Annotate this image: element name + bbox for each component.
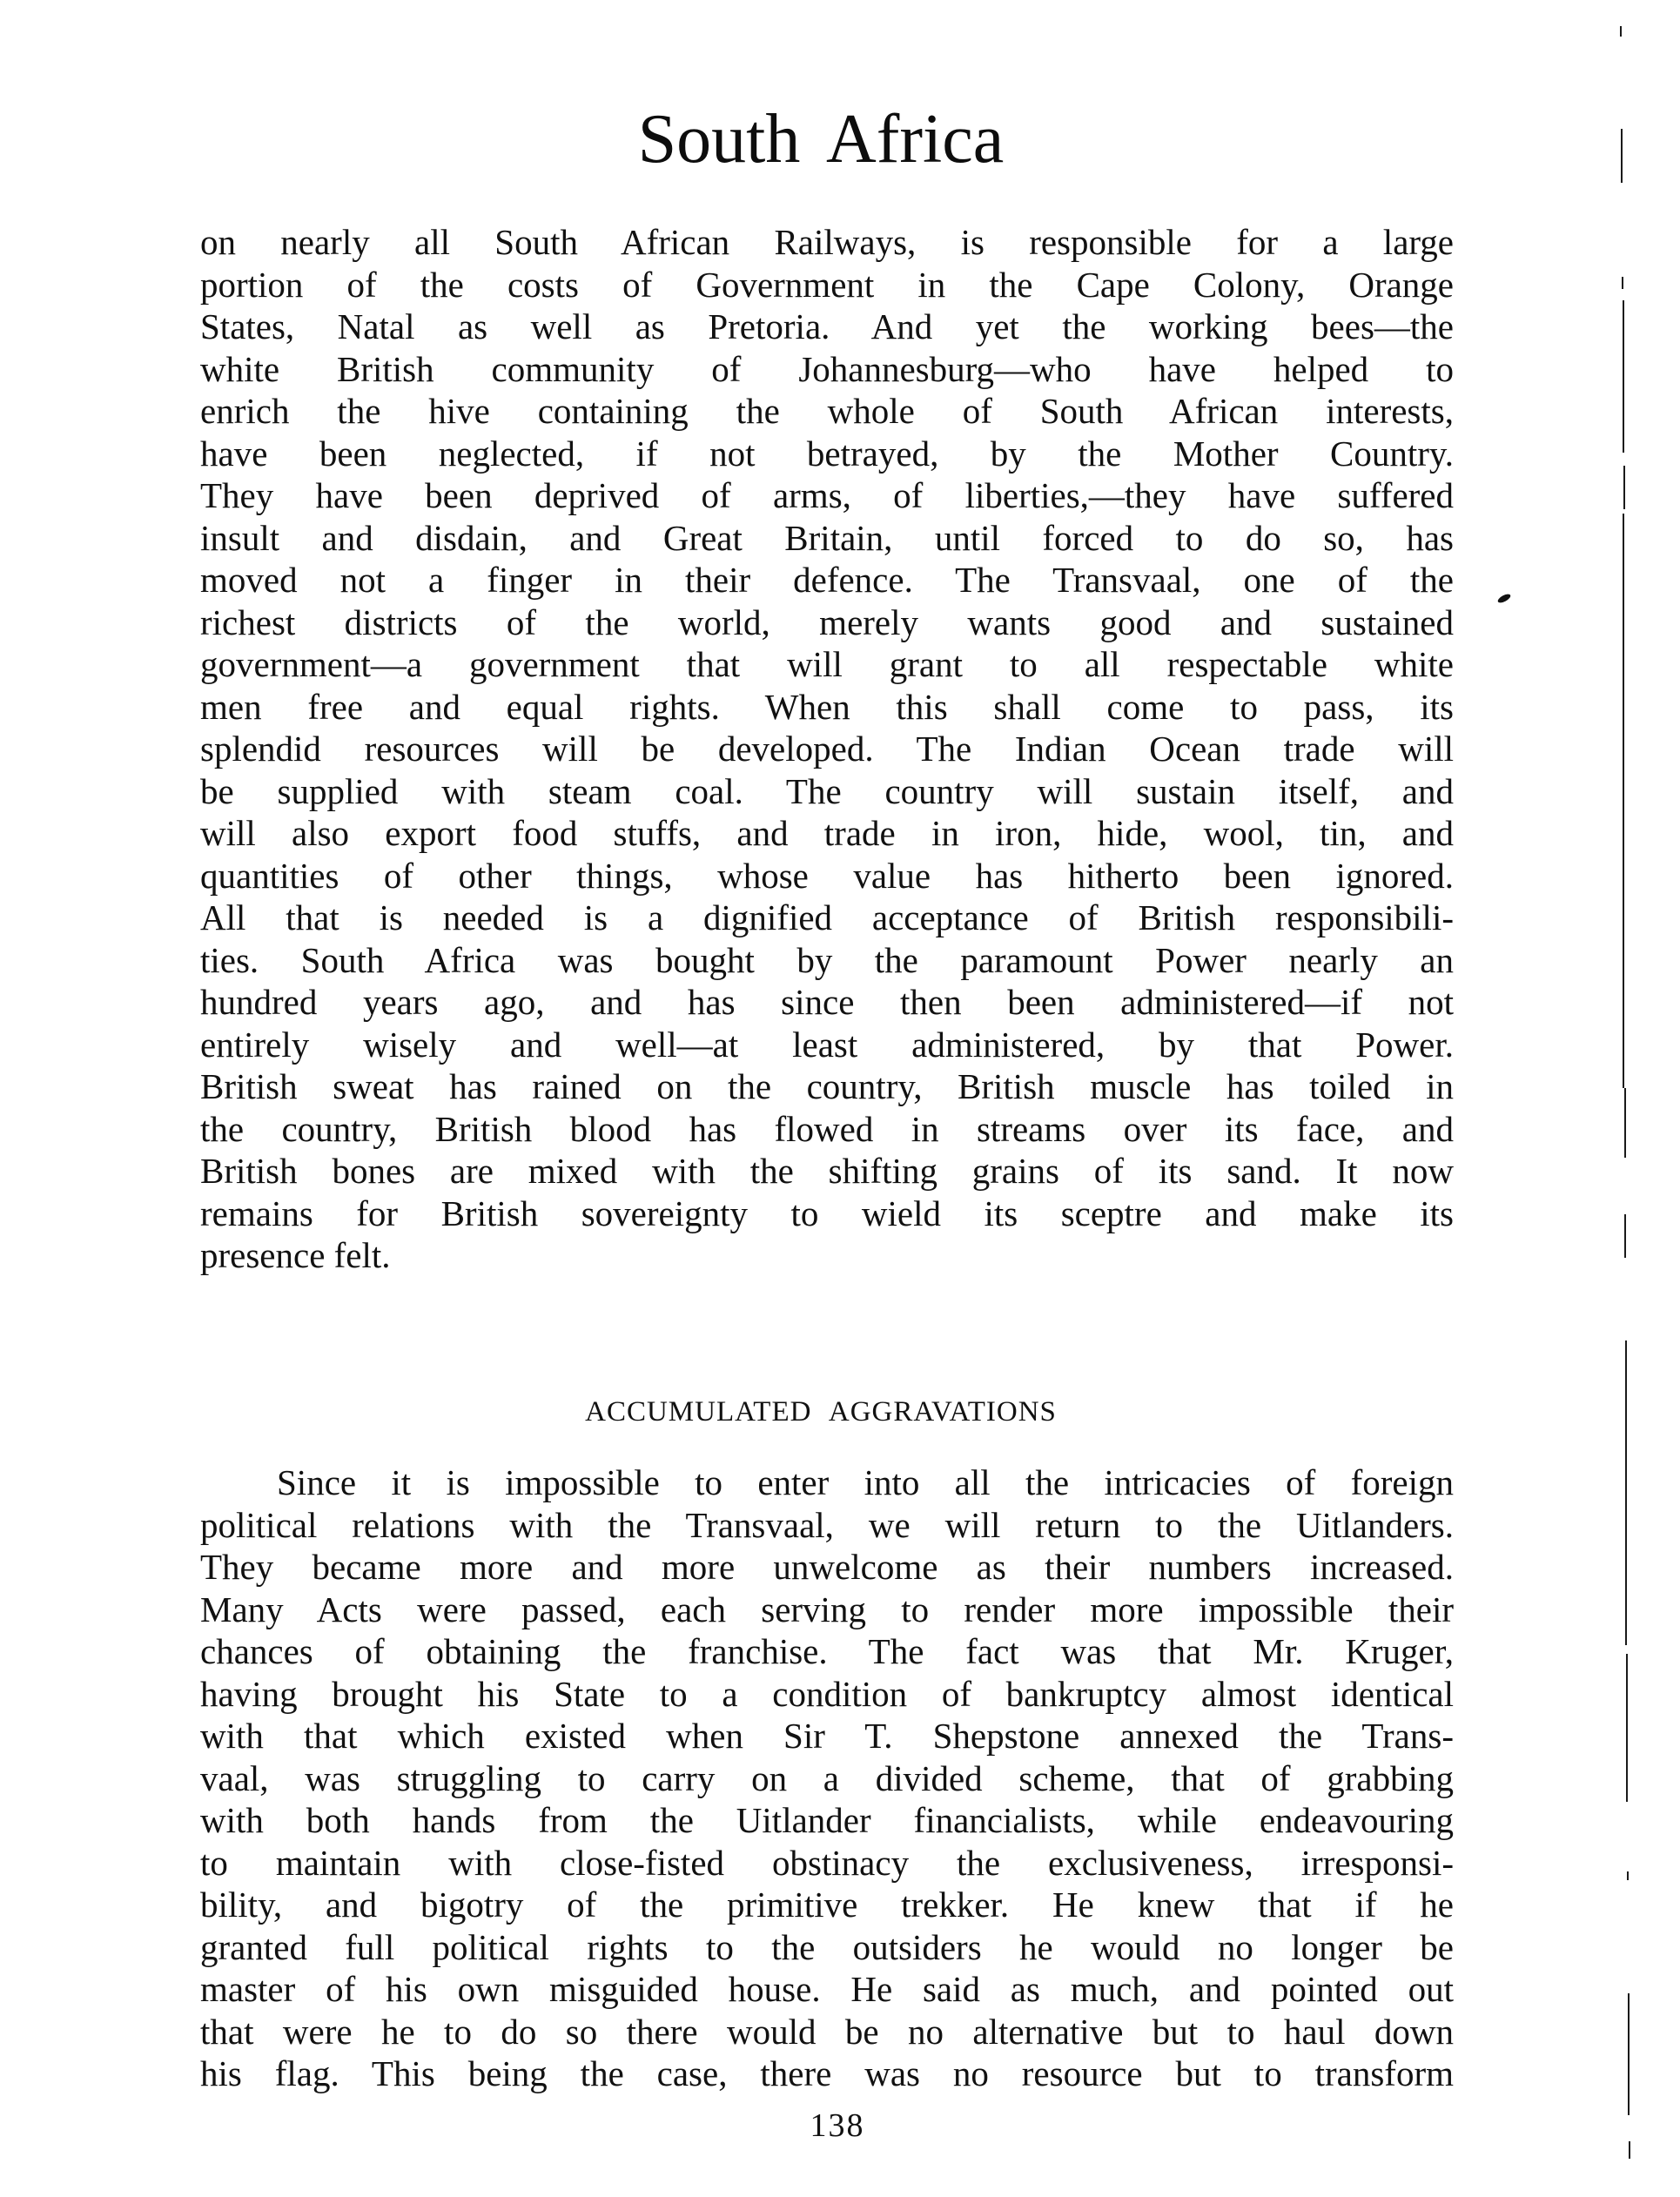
text-line: moved not a finger in their defence. The… [200,559,1454,601]
text-line: They have been deprived of arms, of libe… [200,474,1454,517]
text-line: remains for British sovereignty to wield… [200,1193,1454,1235]
section-heading: ACCUMULATED AGGRAVATIONS [0,1394,1642,1429]
scan-edge-mark [1623,466,1625,509]
paragraph-continued: on nearly all South African Railways, is… [200,221,1454,1277]
text-line: will also export food stuffs, and trade … [200,812,1454,855]
text-line: hundred years ago, and has since then be… [200,981,1454,1024]
text-line: bility, and bigotry of the primitive tre… [200,1884,1454,1926]
text-line: ties. South Africa was bought by the par… [200,939,1454,982]
text-line: master of his own misguided house. He sa… [200,1968,1454,2011]
scan-edge-mark [1622,277,1623,289]
scan-edge-mark [1623,514,1624,1088]
scan-edge-mark [1621,129,1623,183]
text-line: splendid resources will be developed. Th… [200,728,1454,770]
scan-edge-mark [1620,26,1622,37]
book-page: South Africa on nearly all South African… [0,0,1680,2197]
text-line: men free and equal rights. When this sha… [200,686,1454,729]
scan-edge-mark [1624,1088,1626,1158]
text-line: granted full political rights to the out… [200,1926,1454,1969]
scan-edge-mark [1629,2141,1630,2159]
scan-edge-mark [1628,1993,1630,2115]
text-line: All that is needed is a dignified accept… [200,897,1454,939]
scan-edge-mark [1625,1340,1627,1645]
text-line: vaal, was struggling to carry on a divid… [200,1757,1454,1800]
text-line: to maintain with close-fisted obstinacy … [200,1842,1454,1885]
running-title: South Africa [0,97,1642,181]
ink-speck [1496,593,1511,605]
text-line: with both hands from the Uitlander finan… [200,1799,1454,1842]
text-line: British bones are mixed with the shiftin… [200,1150,1454,1193]
scan-edge-mark [1627,1871,1629,1880]
scan-edge-mark [1623,300,1624,453]
scan-edge-mark [1626,1654,1628,1802]
text-line: entirely wisely and well—at least admini… [200,1024,1454,1066]
scan-edge-mark [1624,1214,1626,1258]
text-line: having brought his State to a condition … [200,1673,1454,1716]
text-line: Many Acts were passed, each serving to r… [200,1589,1454,1631]
text-line: his flag. This being the case, there was… [200,2053,1454,2095]
text-line: presence felt. [200,1234,1454,1277]
text-line: chances of obtaining the franchise. The … [200,1630,1454,1673]
text-line: enrich the hive containing the whole of … [200,390,1454,433]
text-line: richest districts of the world, merely w… [200,601,1454,644]
text-line: portion of the costs of Government in th… [200,264,1454,306]
text-line: white British community of Johannesburg—… [200,348,1454,391]
paragraph-accumulated-aggravations: Since it is impossible to enter into all… [200,1461,1454,2095]
text-line: that were he to do so there would be no … [200,2011,1454,2053]
text-line: the country, British blood has flowed in… [200,1108,1454,1151]
text-line: with that which existed when Sir T. Shep… [200,1715,1454,1757]
text-line: insult and disdain, and Great Britain, u… [200,517,1454,560]
text-line: government—a government that will grant … [200,643,1454,686]
text-line: on nearly all South African Railways, is… [200,221,1454,264]
text-line: They became more and more unwelcome as t… [200,1546,1454,1589]
text-line: political relations with the Transvaal, … [200,1504,1454,1547]
text-line: Since it is impossible to enter into all… [200,1461,1454,1504]
text-line: British sweat has rained on the country,… [200,1065,1454,1108]
page-number: 138 [0,2106,1675,2145]
text-line: States, Natal as well as Pretoria. And y… [200,306,1454,348]
text-line: quantities of other things, whose value … [200,855,1454,897]
text-line: have been neglected, if not betrayed, by… [200,433,1454,475]
text-line: be supplied with steam coal. The country… [200,770,1454,813]
